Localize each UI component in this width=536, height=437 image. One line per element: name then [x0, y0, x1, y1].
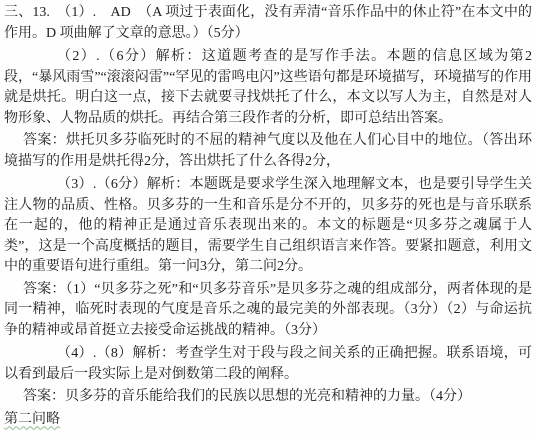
analysis-paragraph-13-3: （3）.（6分）解析：本题既是要求学生深入地理解文本，也是要引导学生关注人物的品…: [4, 175, 532, 278]
analysis-paragraph-13-2: （2）.（6分）解析：这道题考查的是写作手法。本题的信息区域为第2段，“暴风雨雪…: [4, 47, 532, 129]
document-page: 三、13. （1）. AD （A 项过于表面化，没有弄清“音乐作品中的休止符”在…: [0, 0, 536, 437]
answer-paragraph-13-3: 答案：（1）“贝多芬之死”和“贝多芬音乐”是贝多芬之魂的组成部分，两者体现的是同…: [4, 280, 532, 342]
answer-paragraph-13-2: 答案：烘托贝多芬临死时的不屈的精神气度以及他在人们心目中的地位。（答出环境描写的…: [4, 131, 532, 172]
answer-paragraph-13-4: 答案：贝多芬的音乐能给我们的民族以思想的光亮和精神的力量。（4分）: [4, 387, 532, 408]
analysis-paragraph-13-4: （4）.（8）解析：考查学生对于段与段之间关系的正确把握。联系语境，可以看到最后…: [4, 344, 532, 385]
note-second-question-omitted: 第二问略: [4, 410, 532, 431]
answer-paragraph-13-1: 三、13. （1）. AD （A 项过于表面化，没有弄清“音乐作品中的休止符”在…: [4, 3, 532, 44]
